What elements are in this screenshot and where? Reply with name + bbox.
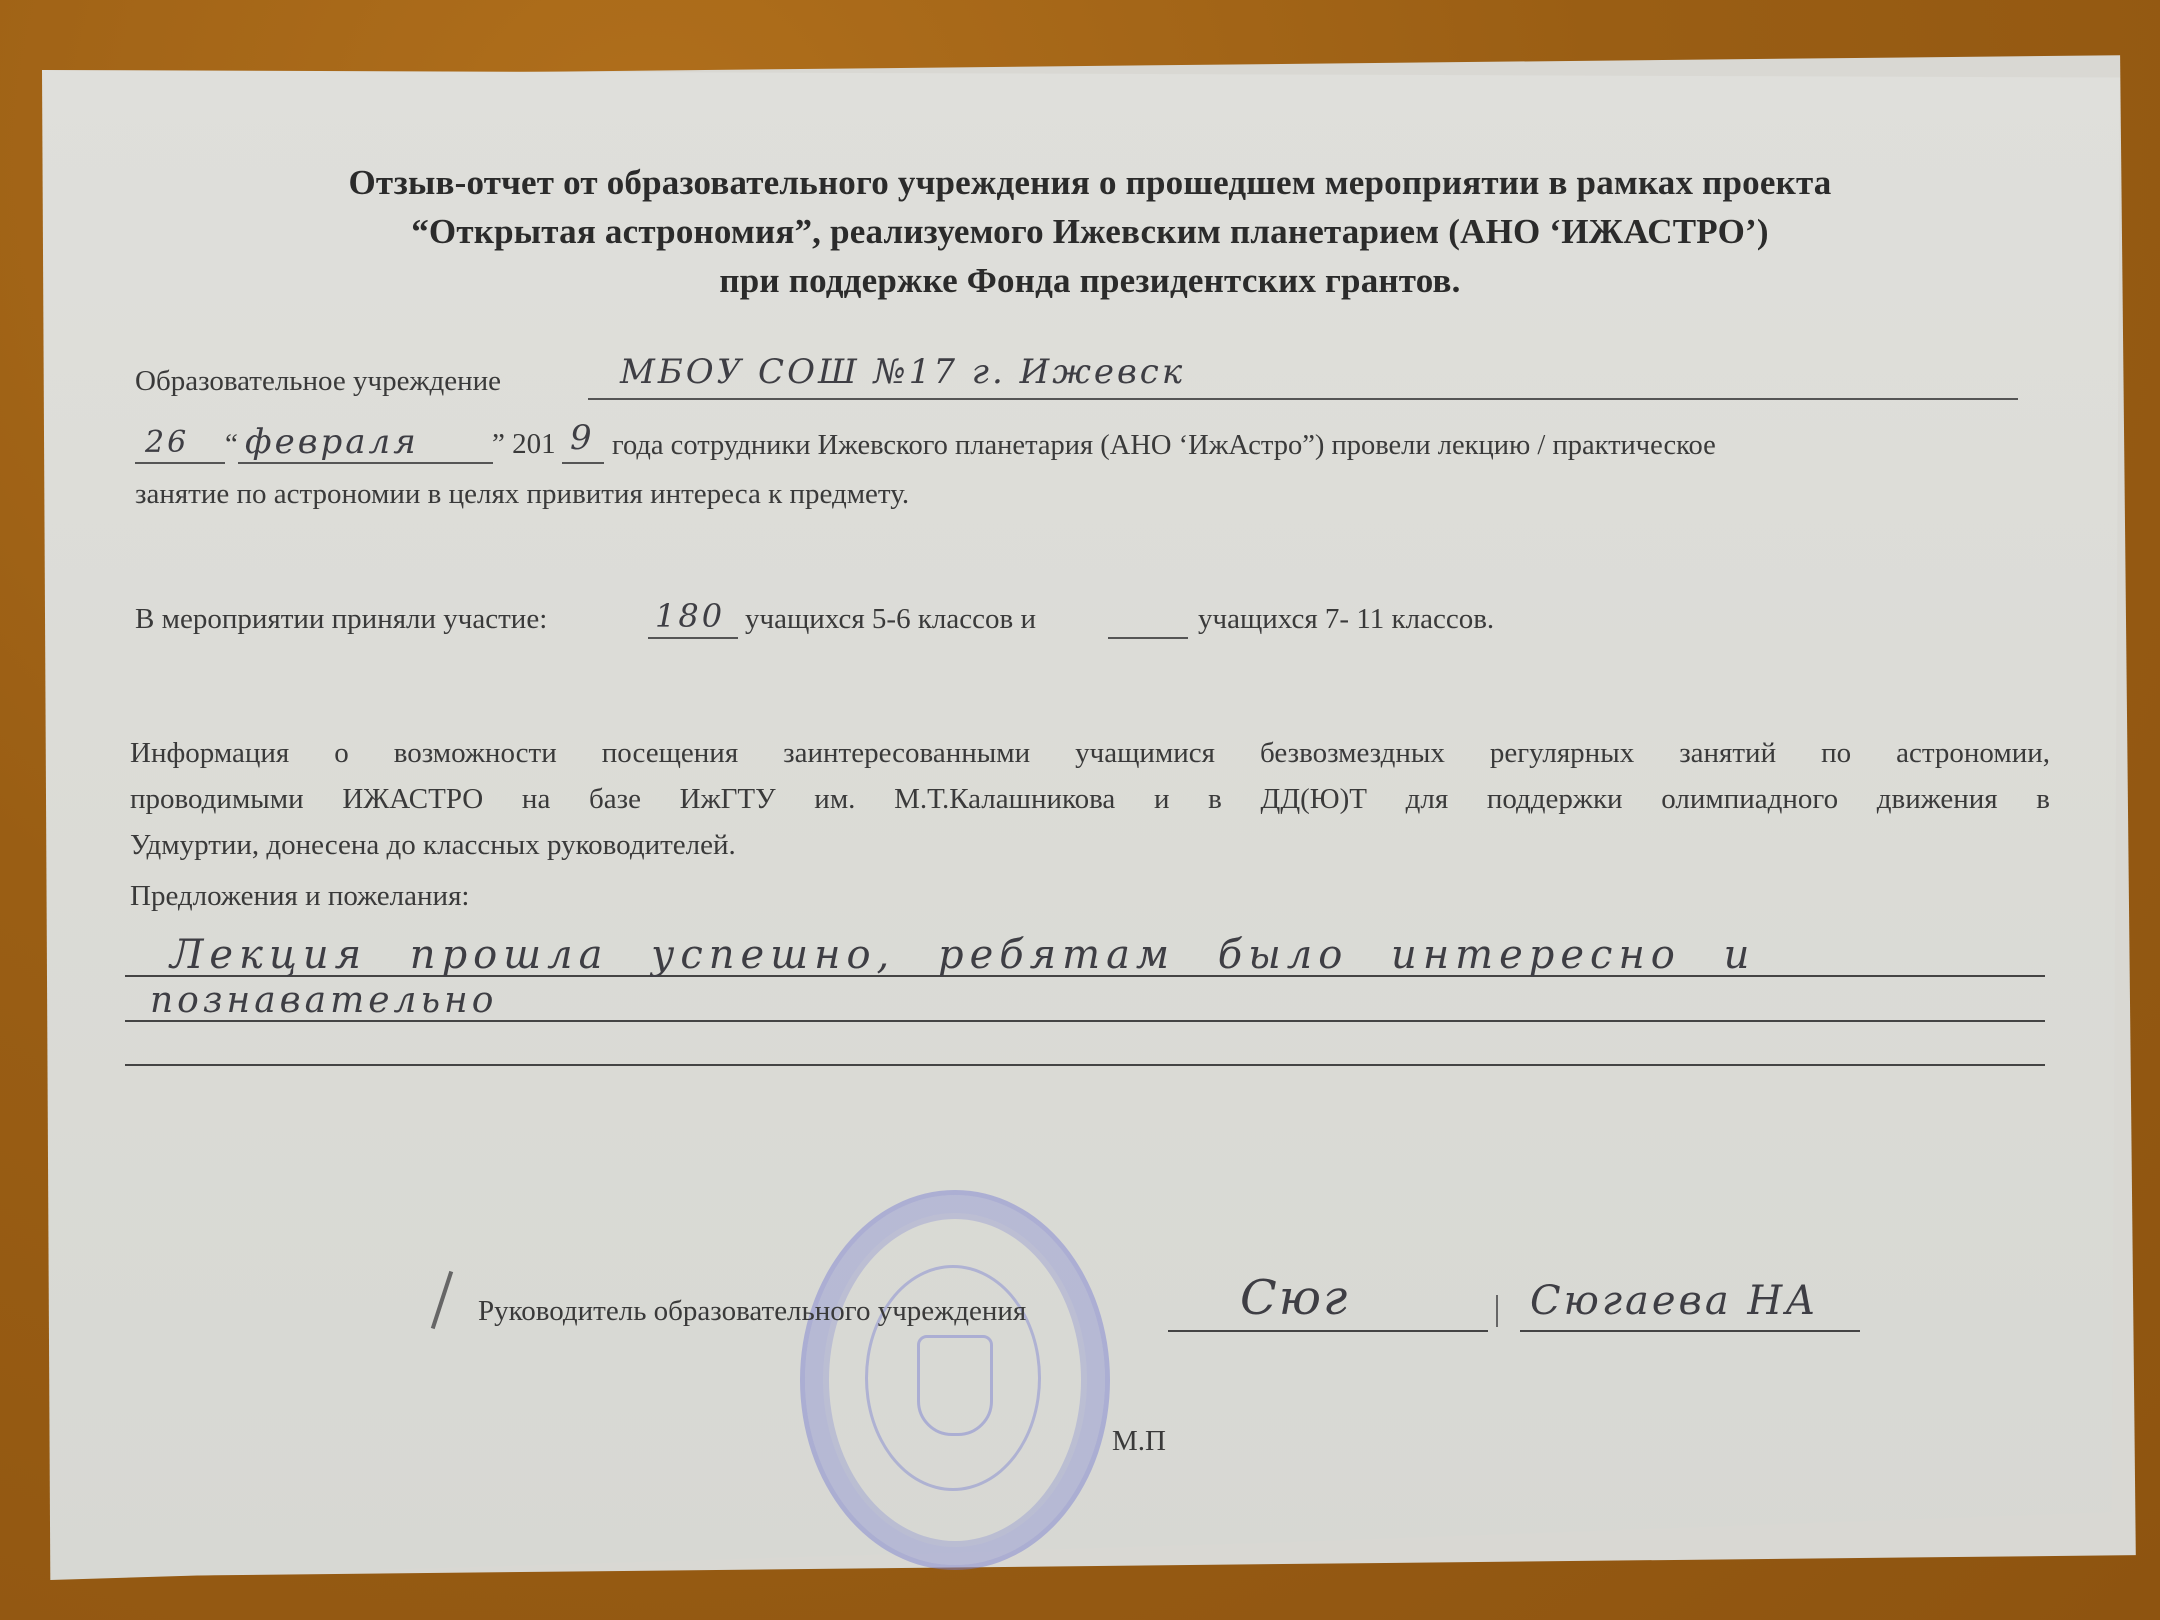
suggestions-label: Предложения и пожелания: [130, 880, 469, 913]
year-prefix: ” 201 [492, 428, 556, 461]
grade-7-11-count-line [1108, 637, 1188, 639]
grade-7-11-text: учащихся 7- 11 классов. [1198, 603, 1494, 636]
suggestions-text-line-1[interactable]: Лекция прошла успешно, ребятам было инте… [170, 932, 1755, 978]
signature-mark[interactable]: Сюг [1240, 1270, 1349, 1326]
institution-value[interactable]: МБОУ СОШ №17 г. Ижевск [620, 352, 1185, 392]
year-field-line [562, 462, 604, 464]
information-line-3: Удмуртии, донесена до классных руководит… [130, 822, 2050, 868]
stamp-label: М.П [1112, 1425, 1166, 1458]
event-year-digit[interactable]: 9 [570, 418, 595, 458]
information-line-1: Информация о возможности посещения заинт… [130, 730, 2050, 776]
event-month[interactable]: февраля [245, 422, 419, 462]
official-stamp [800, 1190, 1110, 1570]
grade-5-6-count[interactable]: 180 [655, 597, 725, 635]
participants-label: В мероприятии приняли участие: [135, 603, 547, 636]
institution-label: Образовательное учреждение [135, 365, 501, 398]
information-paragraph: Информация о возможности посещения заинт… [130, 730, 2050, 868]
information-line-2: проводимыми ИЖАСТРО на базе ИжГТУ им. М.… [130, 776, 2050, 822]
separator-mark [1496, 1295, 1498, 1327]
signature-label: Руководитель образовательного учреждения [478, 1295, 1026, 1328]
day-field-line [135, 462, 225, 464]
name-line [1520, 1330, 1860, 1332]
title-line-1: Отзыв-отчет от образовательного учрежден… [230, 158, 1950, 207]
stamp-emblem-icon [917, 1335, 993, 1436]
event-text-line-1: года сотрудники Ижевского планетария (АН… [612, 430, 1716, 462]
month-field-line [238, 462, 493, 464]
document-title: Отзыв-отчет от образовательного учрежден… [230, 158, 1950, 305]
institution-field-line [588, 398, 2018, 400]
suggestions-line-3 [125, 1064, 2045, 1066]
title-line-3: при поддержке Фонда президентских гранто… [230, 256, 1950, 305]
event-text-line-2: занятие по астрономии в целях привития и… [135, 478, 909, 511]
suggestions-text-line-2[interactable]: познавательно [150, 980, 497, 1021]
signer-name[interactable]: Сюгаева НА [1530, 1278, 1819, 1324]
signature-line [1168, 1330, 1488, 1332]
title-line-2: “Открытая астрономия”, реализуемого Ижев… [230, 207, 1950, 256]
grade-5-6-count-line [648, 637, 738, 639]
event-day[interactable]: 26 [145, 425, 189, 460]
open-quote: “ [225, 428, 238, 461]
grade-5-6-text: учащихся 5-6 классов и [745, 603, 1036, 636]
